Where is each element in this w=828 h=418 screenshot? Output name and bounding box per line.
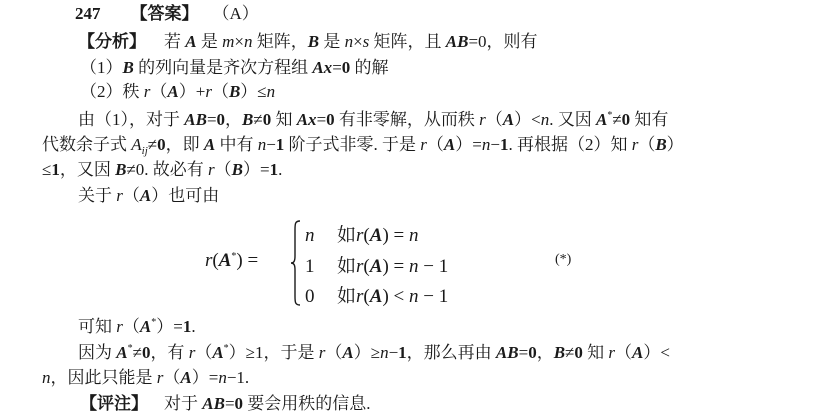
var: r: [205, 82, 212, 101]
zero: 0: [235, 394, 244, 413]
matrix-symbol: A: [370, 225, 383, 246]
text: （: [150, 82, 167, 101]
var: n: [541, 110, 550, 129]
text: ）=: [192, 368, 219, 387]
text: 由（1），对于: [78, 110, 184, 129]
paragraph-4-line-2: n，因此只能是 r（A）=n−1.: [42, 367, 249, 389]
matrix-symbol: B: [115, 160, 126, 179]
text: ）≥1，于是: [229, 343, 319, 362]
text: （: [638, 135, 655, 154]
text: ≠0. 故必有: [126, 160, 208, 179]
text: 的列向量是齐次方程组: [134, 58, 313, 77]
zero-vector: 0: [342, 58, 351, 77]
case-value: 0: [305, 286, 337, 308]
var: r: [479, 110, 486, 129]
answer-label: 【答案】: [131, 4, 199, 23]
left-brace-icon: [291, 220, 301, 306]
text: （2）秩: [80, 82, 144, 101]
analysis-intro: 【分析】若 A 是 m×n 矩阵，B 是 n×s 矩阵，且 AB=0，则有: [78, 31, 538, 53]
case-row: 0如r(A) < n − 1: [305, 281, 448, 308]
matrix-symbol: A: [185, 32, 196, 51]
text: ≠: [565, 343, 574, 362]
text: 是: [319, 32, 345, 51]
text: ≠: [612, 110, 621, 129]
matrix-symbol: B: [123, 58, 134, 77]
text: 知: [583, 343, 609, 362]
text: ≠: [253, 110, 262, 129]
text: ≠: [133, 343, 142, 362]
text: 代数余子式: [42, 135, 131, 154]
matrix-symbol: A: [370, 256, 383, 277]
zero: 0: [574, 343, 583, 362]
var: r: [116, 186, 123, 205]
problem-header: 247【答案】（A）: [75, 3, 259, 25]
text: 的解: [350, 58, 388, 77]
var: r: [608, 343, 615, 362]
var: n: [380, 343, 389, 362]
text: ，因此只能是: [51, 368, 157, 387]
text: （: [123, 186, 140, 205]
text: （: [163, 368, 180, 387]
zero: 0: [622, 110, 631, 129]
text: 矩阵，且: [369, 32, 446, 51]
var: r: [420, 135, 427, 154]
text: −1.: [227, 368, 249, 387]
text: −: [389, 343, 399, 362]
var: r: [208, 160, 215, 179]
matrix-symbol: A: [204, 135, 215, 154]
paragraph-3: 可知 r（A*）=1.: [78, 316, 196, 338]
matrix-symbol: A: [444, 135, 455, 154]
zero: 0: [217, 110, 226, 129]
text: ) <: [382, 286, 409, 307]
matrix-symbol: A: [167, 82, 178, 101]
text: （: [212, 82, 229, 101]
number: 1: [398, 343, 407, 362]
matrix-symbol: AB: [202, 394, 225, 413]
case-row: 1如r(A) = n − 1: [305, 251, 448, 278]
equation-tag: (*): [555, 252, 571, 268]
text: =: [207, 110, 217, 129]
var: n: [267, 82, 276, 101]
matrix-symbol: A: [503, 110, 514, 129]
paragraph-1-line-1: 由（1），对于 AB=0，B≠0 知 Ax=0 有非零解，从而秩 r（A）<n.…: [78, 109, 668, 131]
var: A: [131, 135, 141, 154]
matrix-symbol: B: [655, 135, 666, 154]
matrix-symbol: A: [342, 343, 353, 362]
text: 有非零解，从而秩: [335, 110, 480, 129]
text: =: [332, 58, 342, 77]
matrix-symbol: Ax: [312, 58, 332, 77]
text: ）≤: [240, 82, 266, 101]
text: 关于: [78, 186, 116, 205]
zero: 0: [263, 110, 272, 129]
text: ) =: [382, 225, 409, 246]
paragraph-4-line-1: 因为 A*≠0，有 r（A*）≥1，于是 r（A）≥n−1，那么再由 AB=0，…: [78, 342, 670, 364]
matrix-symbol: B: [308, 32, 319, 51]
text: ，又因: [60, 160, 115, 179]
text: ）<: [514, 110, 541, 129]
matrix-symbol: A: [219, 250, 232, 271]
matrix-symbol: A: [632, 343, 643, 362]
text: 中有: [215, 135, 258, 154]
text: （: [615, 343, 632, 362]
text: ×: [234, 32, 244, 51]
text: 如: [337, 256, 356, 277]
matrix-symbol: A: [596, 110, 607, 129]
remark: 【评注】对于 AB=0 要会用秩的信息.: [80, 393, 371, 415]
text: ，: [225, 110, 242, 129]
text: ×: [353, 32, 363, 51]
matrix-symbol: B: [242, 110, 253, 129]
text: 矩阵，: [252, 32, 307, 51]
matrix-symbol: A: [212, 343, 223, 362]
matrix-symbol: A: [180, 368, 191, 387]
matrix-symbol: A: [140, 186, 151, 205]
matrix-symbol: A: [370, 286, 383, 307]
text: −: [266, 135, 276, 154]
text: 若: [164, 32, 185, 51]
text: . 又因: [549, 110, 596, 129]
analysis-label: 【分析】: [78, 32, 146, 51]
number: 1: [270, 160, 279, 179]
text: 阶子式非零. 于是: [284, 135, 420, 154]
text: ）: [667, 135, 684, 154]
text: 如: [337, 225, 356, 246]
text: ) =: [382, 256, 409, 277]
text: 可知: [78, 317, 116, 336]
matrix-symbol: Ax: [297, 110, 317, 129]
paragraph-2: 关于 r（A）也可由: [78, 185, 219, 207]
zero: 0: [326, 110, 335, 129]
case-value: 1: [305, 256, 337, 278]
analysis-item-1: （1）B 的列向量是齐次方程组 Ax=0 的解: [80, 57, 389, 79]
var: n: [409, 225, 419, 246]
var: m: [222, 32, 234, 51]
text: ）也可由: [151, 186, 219, 205]
case-value: n: [305, 225, 337, 247]
text: 对于: [164, 394, 202, 413]
text: ，即: [166, 135, 204, 154]
text: （: [215, 160, 232, 179]
var: n: [218, 368, 227, 387]
text: 如: [337, 286, 356, 307]
text: ）<: [643, 343, 670, 362]
analysis-item-2: （2）秩 r（A）+r（B）≤n: [80, 81, 275, 103]
text: （: [486, 110, 503, 129]
text: 知有: [630, 110, 668, 129]
text: 是: [197, 32, 223, 51]
text: .: [278, 160, 282, 179]
text: （1）: [80, 58, 123, 77]
matrix-symbol: AB: [496, 343, 519, 362]
text: =: [519, 343, 529, 362]
var: n: [345, 32, 354, 51]
matrix-symbol: AB: [184, 110, 207, 129]
matrix-symbol: B: [554, 343, 565, 362]
text: ）≥: [354, 343, 380, 362]
text: ≠: [148, 135, 157, 154]
text: − 1: [418, 286, 448, 307]
text: （: [427, 135, 444, 154]
text: ）=: [455, 135, 482, 154]
text: ）=: [156, 317, 183, 336]
text: ，有: [150, 343, 188, 362]
matrix-symbol: A: [116, 343, 127, 362]
zero: 0: [157, 135, 166, 154]
piecewise-formula: r(A*) = n如r(A) = n 1如r(A) = n − 1 0如r(A)…: [205, 218, 505, 310]
text: =: [225, 394, 235, 413]
text: 要会用秩的信息.: [243, 394, 371, 413]
matrix-symbol: AB: [446, 32, 469, 51]
number: 1: [51, 160, 60, 179]
answer-value: （A）: [213, 4, 259, 23]
remark-label: 【评注】: [80, 394, 148, 413]
text: −: [490, 135, 500, 154]
text: ）=: [243, 160, 270, 179]
paragraph-1-line-3: ≤1，又因 B≠0. 故必有 r（B）=1.: [42, 159, 282, 181]
matrix-symbol: B: [229, 82, 240, 101]
text: ，那么再由: [407, 343, 496, 362]
text: （: [123, 317, 140, 336]
matrix-symbol: A: [140, 317, 151, 336]
var: n: [258, 135, 267, 154]
text: . 再根据（2）知: [508, 135, 631, 154]
text: .: [191, 317, 195, 336]
text: =: [317, 110, 327, 129]
text: 因为: [78, 343, 116, 362]
paragraph-1-line-2: 代数余子式 Aij≠0，即 A 中有 n−1 阶子式非零. 于是 r（A）=n−…: [42, 134, 684, 156]
formula-lhs: r(A*) =: [205, 250, 258, 272]
text: 知: [271, 110, 297, 129]
text: （: [325, 343, 342, 362]
text: ）+: [179, 82, 206, 101]
var: n: [42, 368, 51, 387]
case-row: n如r(A) = n: [305, 220, 418, 247]
text: ) =: [236, 250, 258, 271]
matrix-symbol: B: [232, 160, 243, 179]
text: （: [195, 343, 212, 362]
text: =0，则有: [468, 32, 537, 51]
problem-number: 247: [75, 4, 101, 23]
text: ≤: [42, 160, 51, 179]
text: − 1: [418, 256, 448, 277]
var: r: [116, 317, 123, 336]
text: ，: [537, 343, 554, 362]
zero: 0: [528, 343, 537, 362]
